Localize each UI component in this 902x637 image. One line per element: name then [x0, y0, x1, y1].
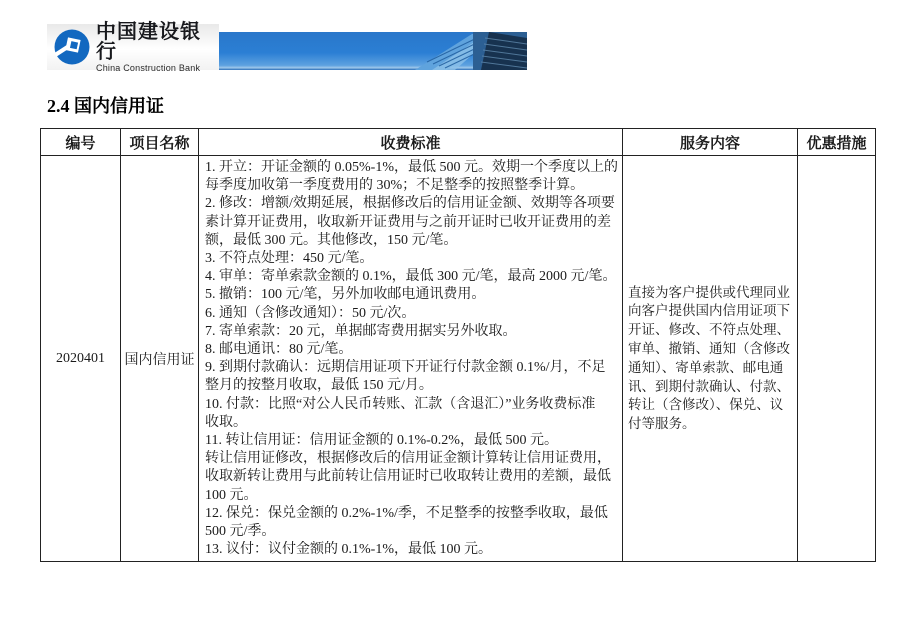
text-line: 整月的按整月收取，最低 150 元/月。	[205, 377, 617, 395]
cell-discount	[798, 156, 876, 562]
cell-item-name: 国内信用证	[121, 156, 199, 562]
text-line: 素计算开证费用，收取新开证费用与之前开证时已收开证费用的差	[205, 214, 617, 232]
text-line: 8. 邮电通讯：80 元/笔。	[205, 341, 617, 359]
text-line: 额，最低 300 元。其他修改，150 元/笔。	[205, 232, 617, 250]
text-line: 3. 不符点处理：450 元/笔。	[205, 250, 617, 268]
text-line: 通知）、寄单索款、邮电通	[628, 359, 794, 378]
text-line: 收取。	[205, 414, 617, 432]
text-line: 审单、撤销、通知（含修改	[628, 340, 794, 359]
bank-name-en: China Construction Bank	[96, 64, 219, 73]
text-line: 开证、修改、不符点处理、	[628, 321, 794, 340]
text-line: 100 元。	[205, 487, 617, 505]
bank-header: 中国建设银行 China Construction Bank	[47, 24, 527, 70]
col-header-code: 编号	[41, 129, 121, 156]
text-line: 收取新转让费用与此前转让信用证时已收取转让费用的差额，最低	[205, 468, 617, 486]
cell-service-content: 直接为客户提供或代理同业向客户提供国内信用证项下开证、修改、不符点处理、审单、撤…	[623, 156, 798, 562]
col-header-service-content: 服务内容	[623, 129, 798, 156]
text-line: 直接为客户提供或代理同业	[628, 284, 794, 303]
table-header-row: 编号 项目名称 收费标准 服务内容 优惠措施	[41, 129, 876, 156]
text-line: 500 元/季。	[205, 523, 617, 541]
text-line: 7. 寄单索款：20 元，单据邮寄费用据实另外收取。	[205, 323, 617, 341]
table-row: 2020401 国内信用证 1. 开立：开证金额的 0.05%-1%，最低 50…	[41, 156, 876, 562]
cell-code: 2020401	[41, 156, 121, 562]
bank-banner	[219, 32, 527, 70]
text-line: 11. 转让信用证：信用证金额的 0.1%-0.2%，最低 500 元。	[205, 432, 617, 450]
fee-standard-text: 1. 开立：开证金额的 0.05%-1%，最低 500 元。效期一个季度以上的，…	[205, 159, 617, 559]
text-line: 每季度加收第一季度费用的 30%；不足整季的按照整季计算。	[205, 177, 617, 195]
text-line: 转让（含修改）、保兑、议	[628, 396, 794, 415]
text-line: 付等服务。	[628, 415, 794, 434]
text-line: 9. 到期付款确认：远期信用证项下开证行付款金额 0.1%/月，不足	[205, 359, 617, 377]
fee-table: 编号 项目名称 收费标准 服务内容 优惠措施 2020401 国内信用证 1. …	[40, 128, 876, 562]
bank-logo-box: 中国建设银行 China Construction Bank	[47, 24, 219, 70]
service-content-text: 直接为客户提供或代理同业向客户提供国内信用证项下开证、修改、不符点处理、审单、撤…	[628, 284, 794, 434]
text-line: 12. 保兑：保兑金额的 0.2%-1%/季，不足整季的按整季收取，最低	[205, 505, 617, 523]
text-line: 讯、到期付款确认、付款、	[628, 378, 794, 397]
section-title: 2.4 国内信用证	[47, 92, 164, 118]
col-header-discount: 优惠措施	[798, 129, 876, 156]
text-line: 1. 开立：开证金额的 0.05%-1%，最低 500 元。效期一个季度以上的，	[205, 159, 617, 177]
ccb-logo-icon	[53, 28, 91, 66]
text-line: 2. 修改：增额/效期延展，根据修改后的信用证金额、效期等各项要	[205, 195, 617, 213]
skyscraper-image	[377, 32, 527, 70]
cell-fee-standard: 1. 开立：开证金额的 0.05%-1%，最低 500 元。效期一个季度以上的，…	[199, 156, 623, 562]
text-line: 向客户提供国内信用证项下	[628, 302, 794, 321]
text-line: 10. 付款：比照“对公人民币转账、汇款（含退汇）”业务收费标准	[205, 396, 617, 414]
text-line: 4. 审单：寄单索款金额的 0.1%，最低 300 元/笔，最高 2000 元/…	[205, 268, 617, 286]
bank-name-block: 中国建设银行 China Construction Bank	[96, 22, 219, 73]
col-header-fee-standard: 收费标准	[199, 129, 623, 156]
text-line: 6. 通知（含修改通知）：50 元/次。	[205, 305, 617, 323]
text-line: 转让信用证修改，根据修改后的信用证金额计算转让信用证费用，	[205, 450, 617, 468]
text-line: 13. 议付：议付金额的 0.1%-1%，最低 100 元。	[205, 541, 617, 559]
text-line: 5. 撤销：100 元/笔，另外加收邮电通讯费用。	[205, 286, 617, 304]
col-header-item-name: 项目名称	[121, 129, 199, 156]
bank-name-cn: 中国建设银行	[96, 22, 219, 62]
